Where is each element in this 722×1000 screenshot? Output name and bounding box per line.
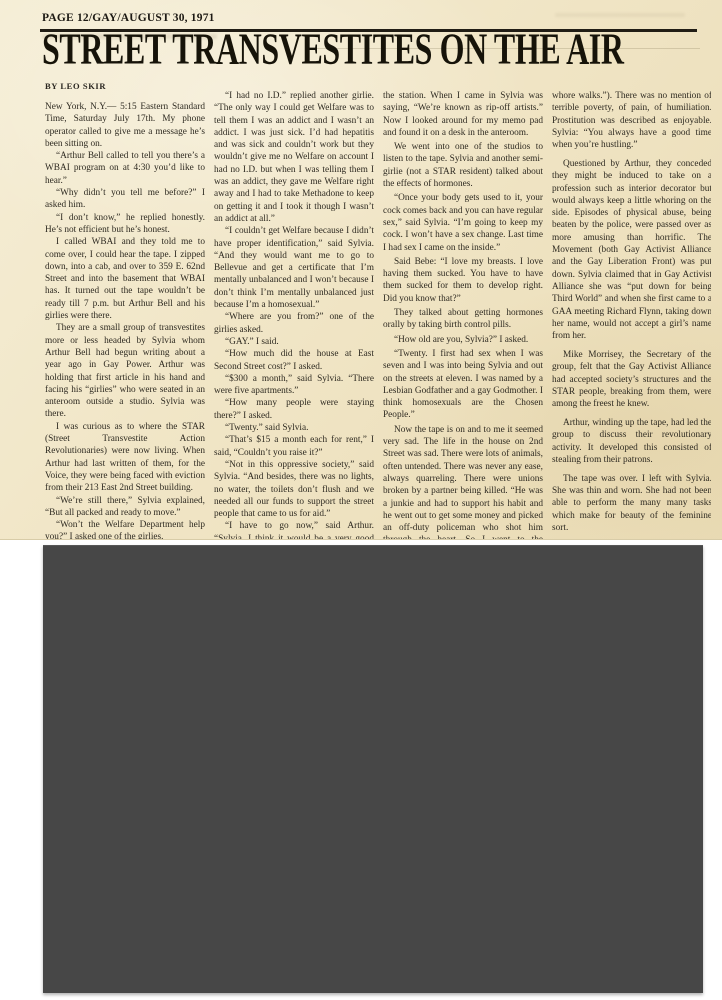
article-column-1: New York, N.Y.— 5:15 Eastern Standard Ti… [45,90,205,539]
article-paragraph: “Twenty. I first had sex when I was seve… [383,348,543,422]
article-paragraph: the station. When I came in Sylvia was s… [383,90,543,139]
article-title-text: STREET TRANSVESTITES ON THE AIR [42,27,624,71]
article-paragraph: “I couldn’t get Welfare because I didn’t… [214,225,374,311]
article-paragraph: “How old are you, Sylvia?” I asked. [383,334,543,346]
article-paragraph: The tape was over. I left with Sylvia. S… [552,473,711,534]
article-title: STREET TRANSVESTITES ON THE AIR [42,27,722,68]
article-paragraph: “$300 a month,” said Sylvia. “There were… [214,373,374,398]
article-paragraph: We went into one of the studios to liste… [383,141,543,190]
next-page-placeholder [43,545,703,993]
article-paragraph: I called WBAI and they told me to come o… [45,236,205,322]
article-paragraph: Mike Morrisey, the Secretary of the grou… [552,349,711,410]
article-paragraph: “I have to go now,” said Arthur. “Sylvia… [214,520,374,539]
article-paragraph: “Once your body gets used to it, your co… [383,192,543,253]
ink-bleedthrough-smudge [555,13,685,17]
newspaper-page-scan: PAGE 12/GAY/AUGUST 30, 1971 STREET TRANS… [0,0,722,540]
article-column-3: the station. When I came in Sylvia was s… [383,90,543,539]
page-header: PAGE 12/GAY/AUGUST 30, 1971 [42,12,215,24]
document-viewer: PAGE 12/GAY/AUGUST 30, 1971 STREET TRANS… [0,0,722,1000]
article-paragraph: Arthur, winding up the tape, had led the… [552,417,711,466]
article-paragraph: “Arthur Bell called to tell you there’s … [45,150,205,187]
article-paragraph: They are a small group of transvestites … [45,322,205,420]
article-columns: New York, N.Y.— 5:15 Eastern Standard Ti… [45,90,711,539]
article-paragraph: “How much did the house at East Second S… [214,348,374,373]
article-paragraph: “How many people were staying there?” I … [214,397,374,422]
article-paragraph: “GAY.” I said. [214,336,374,348]
article-paragraph: “Won’t the Welfare Department help you?”… [45,519,205,539]
article-paragraph: New York, N.Y.— 5:15 Eastern Standard Ti… [45,101,205,150]
article-paragraph: “I had no I.D.” replied another girlie. … [214,90,374,225]
article-column-4: whore walks.”). There was no mention of … [552,90,711,539]
article-paragraph: “Why didn’t you tell me before?” I asked… [45,187,205,212]
article-paragraph: “Not in this oppressive society,” said S… [214,459,374,520]
article-paragraph: whore walks.”). There was no mention of … [552,90,711,151]
article-paragraph: Said Bebe: “I love my breasts. I love ha… [383,256,543,305]
article-paragraph: “Where are you from?” one of the girlies… [214,311,374,336]
article-paragraph: I was curious as to where the STAR (Stre… [45,421,205,495]
article-paragraph: “Twenty.” said Sylvia. [214,422,374,434]
article-paragraph: “That’s $15 a month each for rent,” I sa… [214,434,374,459]
article-paragraph: “I don’t know,” he replied honestly. He’… [45,212,205,237]
article-paragraph: Questioned by Arthur, they conceded they… [552,158,711,342]
article-paragraph: Now the tape is on and to me it seemed v… [383,424,543,539]
article-column-2: “I had no I.D.” replied another girlie. … [214,90,374,539]
article-paragraph: “We’re still there,” Sylvia explained, “… [45,495,205,520]
article-paragraph: They talked about getting hormones orall… [383,307,543,332]
